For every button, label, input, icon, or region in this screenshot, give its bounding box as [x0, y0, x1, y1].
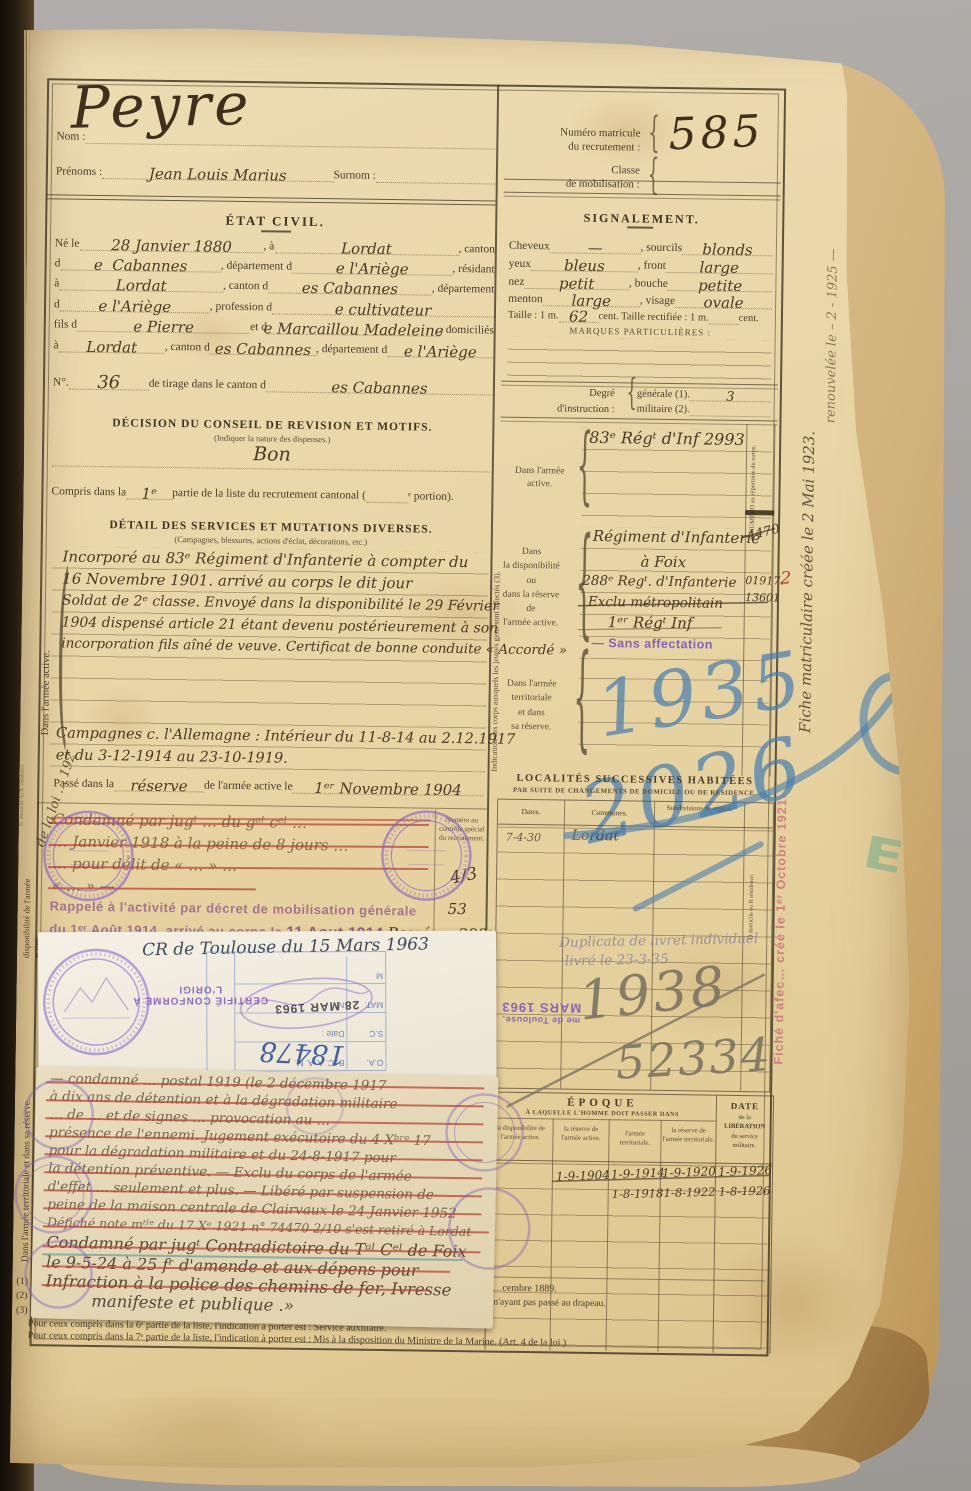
classe-label: Classede mobilisation : [520, 162, 640, 192]
epoque-value-row2: 1-8-1922 [664, 1187, 716, 1200]
dispo-entry-1: Régiment d'Infanterie [593, 529, 761, 546]
attached-white-slip: CR de Toulouse du 15 Mars 1963 CERTIFIÉ … [38, 931, 497, 1085]
epoque-value: 1-9-1926 [718, 1164, 772, 1178]
localites-row-commune: Lordat [572, 829, 620, 844]
slip2-final-line: manifeste et publique .» [91, 1293, 294, 1314]
localites-col-communes: Communes. [565, 808, 654, 818]
margin-armee-active: Dans l'armée active. [40, 570, 53, 735]
localites-col-subdivisions: Subdivisions de région. [655, 804, 744, 814]
epoque-col-4: la réserve de l'armée territoriale. [662, 1126, 714, 1145]
epoque-col-2: la réserve de l'armée active. [554, 1124, 607, 1143]
dispo-entry-5: 1ᵉʳ Régᵗ Inf [608, 615, 693, 631]
marques-blank-lines [507, 337, 772, 381]
controle-value-2: 53 [448, 902, 467, 917]
dispo-entry-2: à Foix [640, 555, 686, 571]
epoque-col-3: l'armée territoriale. [610, 1129, 659, 1148]
dispo-entry-struck: Exclu métropolitain [588, 596, 723, 611]
pencil-number-52334: 52334 [614, 1031, 773, 1086]
margin-ink-vertical: Fiche matriculaire créée le 2 Mai 1923. [796, 108, 823, 733]
prenoms-value: Jean Louis Marius [149, 167, 287, 184]
epoque-value-row2: 1-8-1926 [719, 1186, 771, 1199]
margin-ink-vertical-2: renouvelée le – 2 - 1925 — [823, 88, 843, 423]
controle-label: Numéro au contrôle spécial du recrutemen… [437, 816, 487, 844]
epoque-value: 1-9-1920 [662, 1165, 716, 1179]
disponibilite-label: Dansla disponibilitéou dans la réservede… [494, 545, 569, 632]
inverted-toulouse-stamp: me de Toulouse, MARS 1963 [487, 999, 595, 1026]
active-entry: 83ᵉ Régᵗ d'Inf 2993 [589, 430, 745, 448]
localites-col-domicile: D domicile ou R résidence. [748, 829, 770, 939]
epoque-col-1: la disponibilité de l'armée active. [489, 1124, 551, 1143]
degre-militaire-row: militaire (2). [637, 404, 771, 417]
dispo-entry-3: 288ᵉ Regᵗ. d'Infanterie [582, 575, 736, 591]
degre-label: Degréd'instruction : [525, 385, 615, 418]
scanned-document-photo: { "colors":{"paper":"#e9d6a7","ink":"#4a… [0, 0, 971, 1491]
pencil-number-1938: 1938 [576, 959, 730, 1029]
slip-bcaam-stamp-inverted: O.A.B. C. A. A. M. S.CDate : MAT.N° : M … [206, 951, 386, 1072]
heading-rule [261, 230, 291, 232]
armee-active-label: Dans l'armée active. [510, 465, 570, 491]
struck-condemnation-line: « … » — [52, 878, 252, 896]
epoque-value-row2: 1-8-1918 [612, 1188, 664, 1201]
localites-col-dates: Dates. [498, 807, 564, 817]
margin-domicile-fragment: D. domicile ou R. résidence [19, 750, 26, 826]
localites-row-date: 7-4-30 [506, 832, 542, 843]
heading-rule [627, 226, 653, 228]
epoque-date-col-label: DATE de la LIBÉRATION du service militai… [716, 1100, 773, 1152]
document-page: Peyre Nom : Prénoms : Jean Louis Marius … [10, 22, 930, 1484]
attached-tan-slip: — condamné … postal 1919 (le 2 décembre … [31, 1066, 499, 1328]
green-pencil-mark: E [859, 827, 908, 885]
territoriale-label: Dans l'arméeterritoriale et danssa réser… [496, 677, 567, 735]
epoque-value: 1-9-1904 [556, 1169, 610, 1183]
slip-number-handwritten: 18478 [259, 1035, 346, 1070]
matricule-value: 585 [668, 106, 766, 161]
matricule-label: Numéro matriculedu recrutement : [508, 125, 640, 155]
classe-brace: { [647, 155, 659, 197]
campagnes-line: et du 3-12-1914 au 23-10-1919. [56, 748, 288, 766]
matricule-brace: { [648, 113, 660, 155]
epoque-value: 1-9-1914 [611, 1167, 665, 1181]
numero-value-3: 13601 [745, 592, 780, 603]
degre-generale-row: générale (1).3 [637, 387, 771, 403]
